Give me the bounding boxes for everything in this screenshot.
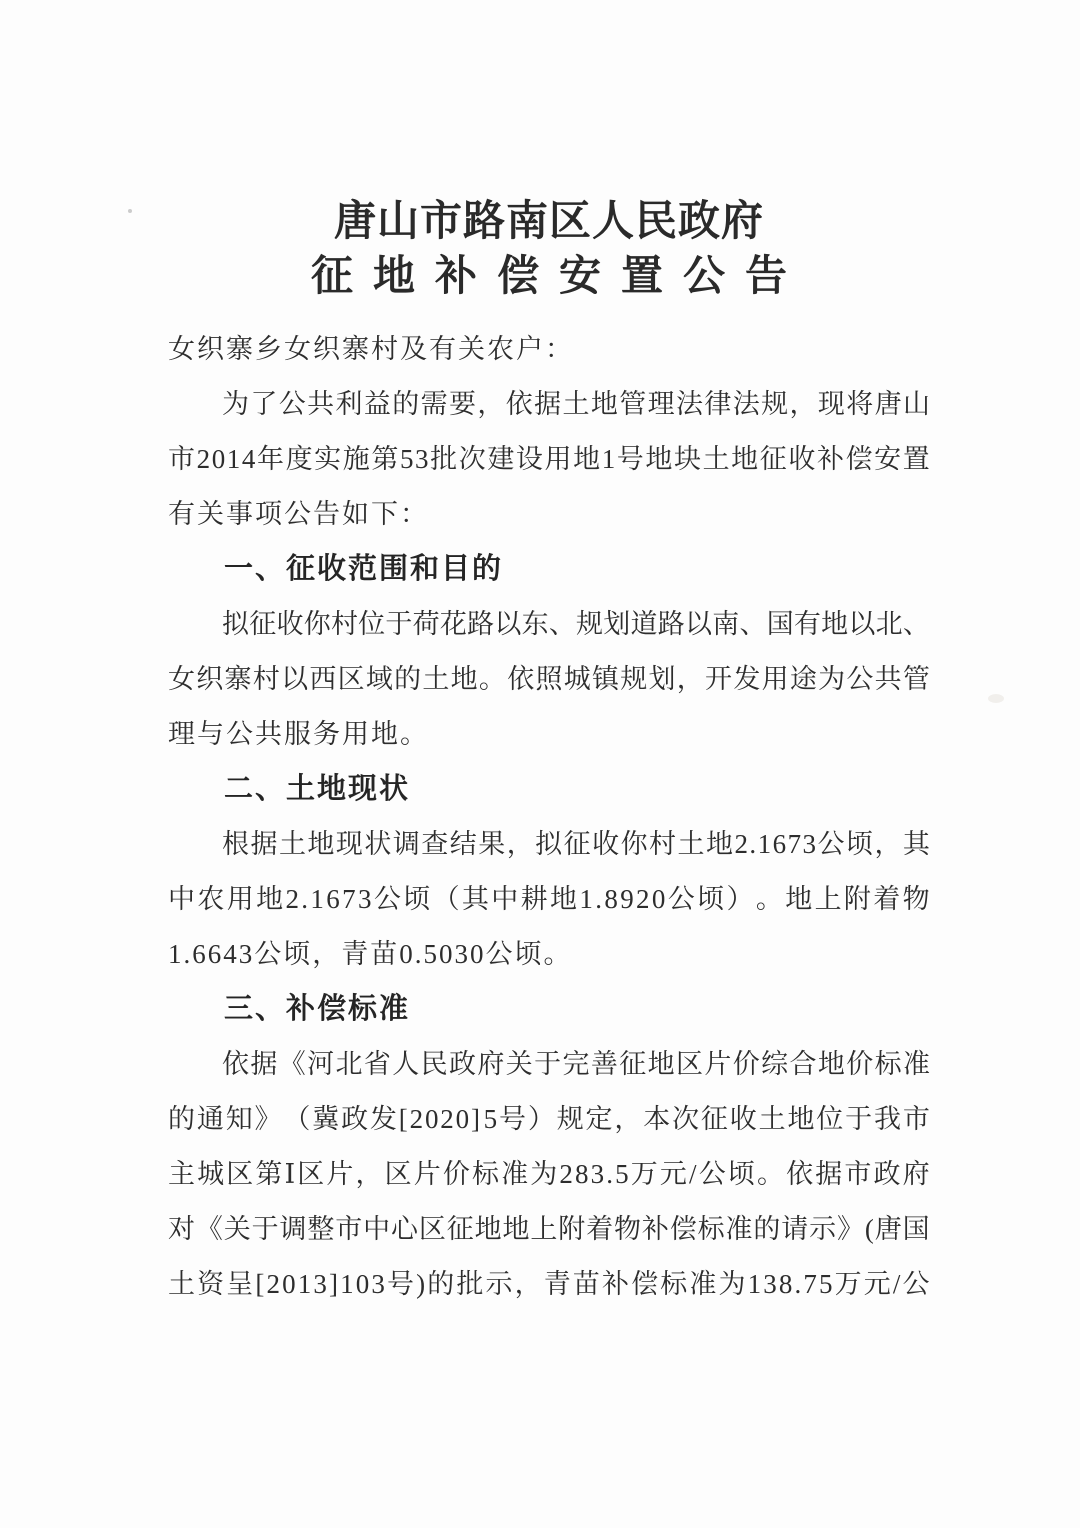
section-2-heading: 二、土地现状 <box>168 762 930 817</box>
salutation-line: 女织寨乡女织寨村及有关农户： <box>168 322 930 377</box>
scan-speck <box>128 209 132 213</box>
section-3-line-1: 依据《河北省人民政府关于完善征地区片价综合地价标准 <box>168 1037 930 1092</box>
section-3-line-4: 对《关于调整市中心区征地地上附着物补偿标准的请示》(唐国 <box>168 1202 930 1257</box>
section-2-line-2: 中农用地2.1673公顷（其中耕地1.8920公顷）。地上附着物 <box>168 872 930 927</box>
scan-smudge <box>988 694 1004 703</box>
section-1-heading: 一、征收范围和目的 <box>168 542 930 597</box>
document-title-subject: 征地补偿安置公告 <box>159 248 939 304</box>
intro-line-2: 市2014年度实施第53批次建设用地1号地块土地征收补偿安置 <box>168 432 930 487</box>
document-body: 女织寨乡女织寨村及有关农户： 为了公共利益的需要，依据土地管理法律法规，现将唐山… <box>168 322 930 1312</box>
section-3-line-3: 主城区第Ⅰ区片，区片价标准为283.5万元/公顷。依据市政府 <box>168 1147 930 1202</box>
intro-line-3: 有关事项公告如下： <box>168 487 930 542</box>
section-2-line-3: 1.6643公顷，青苗0.5030公顷。 <box>168 927 930 982</box>
section-3-line-5: 土资呈[2013]103号)的批示，青苗补偿标准为138.75万元/公 <box>168 1257 930 1312</box>
section-1-line-1: 拟征收你村位于荷花路以东、规划道路以南、国有地以北、 <box>168 597 930 652</box>
section-1-line-3: 理与公共服务用地。 <box>168 707 930 762</box>
scanned-announcement-page: 唐山市路南区人民政府 征地补偿安置公告 女织寨乡女织寨村及有关农户： 为了公共利… <box>0 0 1080 1528</box>
document-title: 唐山市路南区人民政府 征地补偿安置公告 <box>159 194 939 304</box>
section-1-line-2: 女织寨村以西区域的土地。依照城镇规划，开发用途为公共管 <box>168 652 930 707</box>
document-title-authority: 唐山市路南区人民政府 <box>159 194 939 248</box>
section-3-heading: 三、补偿标准 <box>168 982 930 1037</box>
section-2-line-1: 根据土地现状调查结果，拟征收你村土地2.1673公顷，其 <box>168 817 930 872</box>
section-3-line-2: 的通知》（冀政发[2020] 5号）规定，本次征收土地位于我市 <box>168 1092 930 1147</box>
intro-line-1: 为了公共利益的需要，依据土地管理法律法规，现将唐山 <box>168 377 930 432</box>
